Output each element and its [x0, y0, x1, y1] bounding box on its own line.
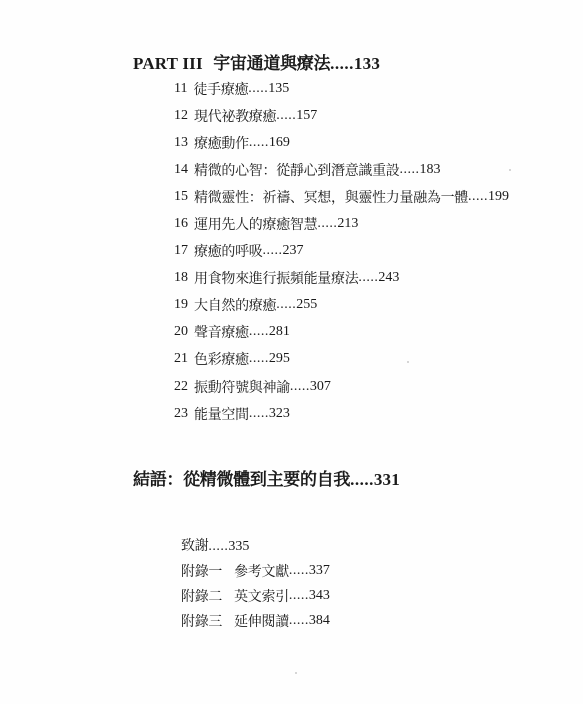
toc-chapter-item: 23 能量空間.....323: [174, 400, 509, 427]
toc-chapter-item: 11 徒手療癒.....135: [174, 75, 509, 102]
toc-chapter-item: 19 大自然的療癒.....255: [174, 292, 509, 319]
toc-chapter-item: 18 用食物來進行振頻能量療法.....243: [174, 265, 509, 292]
page-number: 237: [283, 243, 304, 259]
dots-leader: .....: [400, 162, 420, 178]
chapter-number: 15: [174, 189, 188, 205]
dots-leader: .....: [358, 270, 378, 286]
chapter-number: 21: [174, 351, 188, 367]
page-number: 343: [309, 588, 330, 604]
page-number: 307: [310, 379, 331, 395]
scan-speck: [407, 361, 409, 363]
chapter-title: 運用先人的療癒智慧: [194, 214, 317, 234]
page-number: 199: [488, 189, 509, 205]
chapter-title: 現代祕教療癒: [194, 106, 276, 126]
chapter-title: 徒手療癒: [193, 79, 248, 99]
part-label: PART III: [133, 54, 203, 73]
dots-leader: .....: [289, 588, 309, 604]
toc-appendix-item: 附錄二 英文索引.....343: [181, 583, 330, 608]
page-number: 169: [269, 135, 290, 151]
toc-chapter-item: 20 聲音療癒.....281: [174, 319, 509, 346]
toc-chapter-item: 22 振動符號與神諭.....307: [174, 373, 509, 400]
chapter-number: 11: [174, 81, 187, 97]
appendix-list: 附錄一 參考文獻.....337 附錄二 英文索引.....343 附錄三 延伸…: [181, 558, 330, 634]
chapter-number: 12: [174, 108, 188, 124]
conclusion-title: 結語：從精微體到主要的自我: [133, 470, 350, 489]
page-number: 183: [420, 162, 441, 178]
chapter-number: 18: [174, 270, 188, 286]
chapter-number: 13: [174, 135, 188, 151]
appendix-label: 附錄二: [181, 586, 222, 606]
chapter-number: 22: [174, 379, 188, 395]
page-number: 255: [296, 297, 317, 313]
dots-leader: .....: [249, 351, 269, 367]
chapter-number: 14: [174, 162, 188, 178]
toc-chapter-item: 15 精微靈性：祈禱、冥想，與靈性力量融為一體.....199: [174, 183, 509, 210]
toc-chapter-item: 12 現代祕教療癒.....157: [174, 102, 509, 129]
dots-leader: .....: [330, 54, 354, 73]
page-number: 133: [354, 54, 380, 73]
page-number: 243: [378, 270, 399, 286]
toc-chapter-item: 21 色彩療癒.....295: [174, 346, 509, 373]
appendix-title: 英文索引: [234, 586, 289, 606]
chapter-number: 23: [174, 406, 188, 422]
chapter-list: 11 徒手療癒.....135 12 現代祕教療癒.....157 13 療癒動…: [174, 75, 509, 427]
dots-leader: .....: [249, 406, 269, 422]
dots-leader: .....: [276, 108, 296, 124]
chapter-title: 精微靈性：祈禱、冥想，與靈性力量融為一體: [194, 187, 468, 207]
toc-chapter-item: 17 療癒的呼吸.....237: [174, 238, 509, 265]
acknowledgments-title: 致謝: [181, 539, 208, 554]
scan-speck: [295, 672, 297, 674]
chapter-number: 20: [174, 324, 188, 340]
chapter-number: 16: [174, 216, 188, 232]
part-title: 宇宙通道與療法: [213, 54, 330, 73]
page-number: 281: [269, 324, 290, 340]
book-toc-page: PART III 宇宙通道與療法.....133 11 徒手療癒.....135…: [0, 0, 583, 704]
chapter-title: 療癒的呼吸: [194, 241, 263, 261]
appendix-label: 附錄三: [181, 611, 222, 631]
dots-leader: .....: [248, 81, 268, 97]
dots-leader: .....: [290, 379, 310, 395]
scan-speck: [509, 169, 511, 171]
dots-leader: .....: [276, 297, 296, 313]
page-number: 335: [228, 539, 249, 554]
dots-leader: .....: [468, 189, 488, 205]
appendix-title: 延伸閱讀: [234, 611, 289, 631]
chapter-number: 19: [174, 297, 188, 313]
appendix-title: 參考文獻: [234, 561, 289, 581]
dots-leader: .....: [350, 470, 374, 489]
conclusion-heading: 結語：從精微體到主要的自我.....331: [133, 465, 400, 490]
dots-leader: .....: [289, 563, 309, 579]
dots-leader: .....: [289, 613, 309, 629]
chapter-title: 精微的心智：從靜心到潛意識重設: [194, 160, 400, 180]
toc-appendix-item: 附錄三 延伸閱讀.....384: [181, 609, 330, 634]
toc-chapter-item: 13 療癒動作.....169: [174, 129, 509, 156]
page-number: 331: [374, 470, 400, 489]
toc-chapter-item: 14 精微的心智：從靜心到潛意識重設.....183: [174, 156, 509, 183]
chapter-title: 大自然的療癒: [194, 295, 276, 315]
page-number: 135: [268, 81, 289, 97]
page-number: 295: [269, 351, 290, 367]
page-number: 213: [337, 216, 358, 232]
dots-leader: .....: [249, 324, 269, 340]
part-heading: PART III 宇宙通道與療法.....133: [133, 49, 380, 74]
dots-leader: .....: [263, 243, 283, 259]
toc-acknowledgments: 致謝.....335: [181, 535, 249, 555]
dots-leader: .....: [317, 216, 337, 232]
chapter-title: 用食物來進行振頻能量療法: [194, 268, 358, 288]
chapter-number: 17: [174, 243, 188, 259]
toc-chapter-item: 16 運用先人的療癒智慧.....213: [174, 210, 509, 237]
dots-leader: .....: [208, 539, 228, 554]
page-number: 157: [296, 108, 317, 124]
page-number: 323: [269, 406, 290, 422]
chapter-title: 色彩療癒: [194, 349, 249, 369]
chapter-title: 能量空間: [194, 404, 249, 424]
appendix-label: 附錄一: [181, 561, 222, 581]
chapter-title: 振動符號與神諭: [194, 377, 290, 397]
chapter-title: 療癒動作: [194, 133, 249, 153]
page-number: 384: [309, 613, 330, 629]
chapter-title: 聲音療癒: [194, 322, 249, 342]
dots-leader: .....: [249, 135, 269, 151]
page-number: 337: [309, 563, 330, 579]
toc-appendix-item: 附錄一 參考文獻.....337: [181, 558, 330, 583]
